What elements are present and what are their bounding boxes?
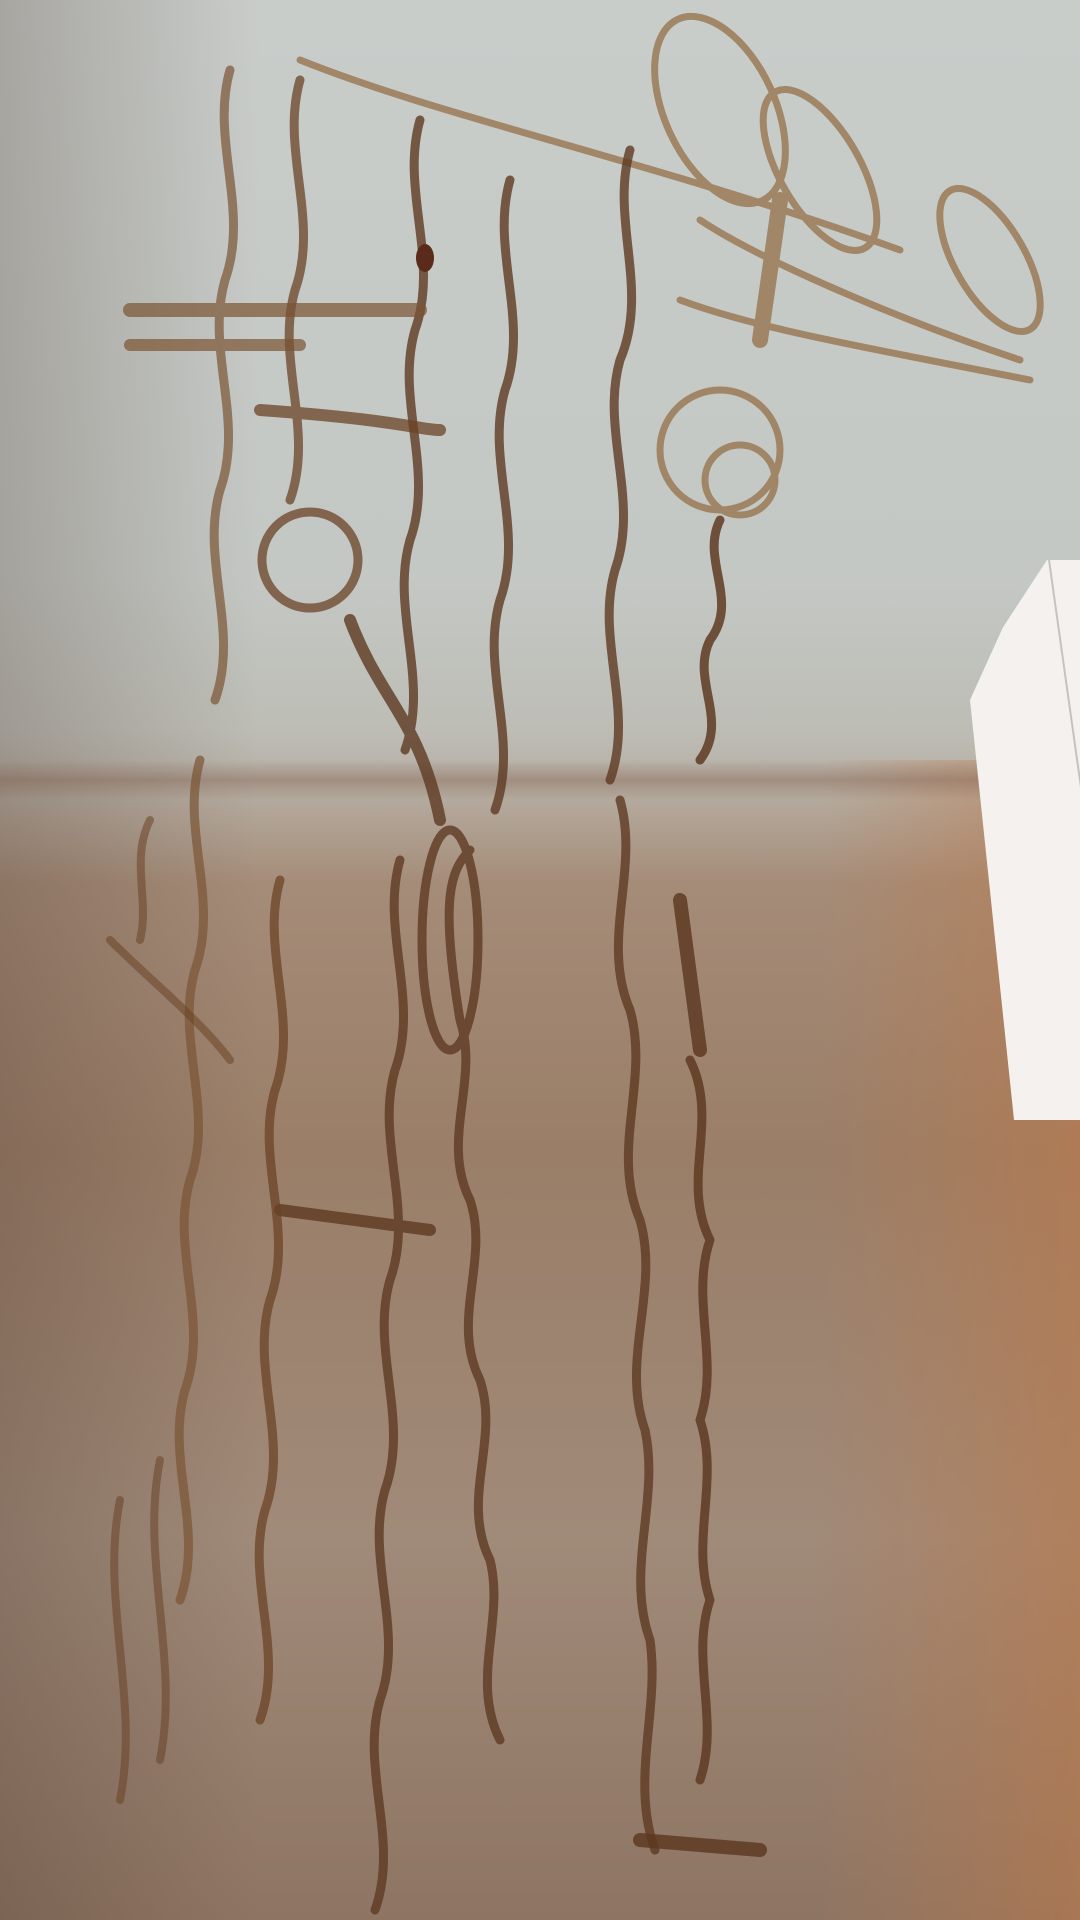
script-column-3	[422, 180, 514, 1740]
parchment-photo	[0, 0, 1080, 1920]
script-column-6	[130, 70, 420, 1600]
script-column-7	[110, 820, 230, 1800]
script-column-2	[609, 150, 655, 1850]
script-column-4	[280, 120, 440, 1910]
script-column-1	[640, 520, 760, 1850]
handwriting-ink	[0, 0, 1080, 1920]
ink-blot	[416, 244, 434, 272]
